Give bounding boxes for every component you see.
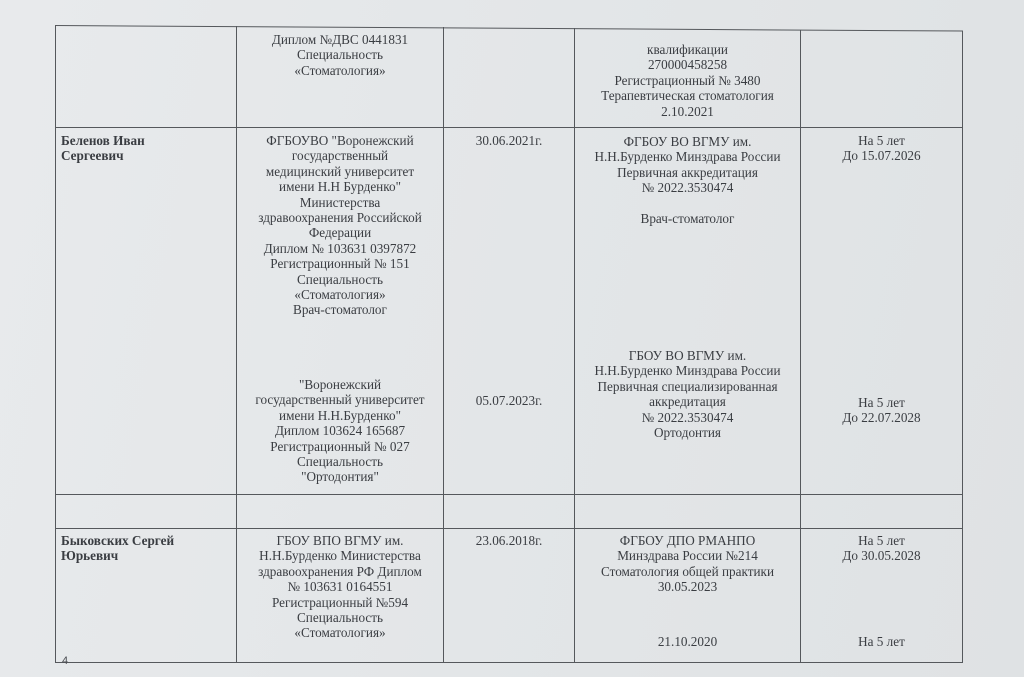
validity-cell: На 5 лет	[801, 634, 962, 649]
graduation-date: 05.07.2023г.	[444, 393, 574, 408]
certification-cell: 21.10.2020	[575, 634, 800, 649]
table-border	[55, 494, 963, 495]
table-border	[55, 528, 963, 529]
education-cell: ГБОУ ВПО ВГМУ им. Н.Н.Бурденко Министерс…	[237, 533, 443, 641]
education-cell: "Воронежский государственный университет…	[237, 377, 443, 485]
page-number: 4	[62, 655, 68, 667]
certification-cell: квалификации 270000458258 Регистрационны…	[575, 42, 800, 119]
validity-cell: На 5 лет До 15.07.2026	[801, 133, 962, 164]
graduation-date: 23.06.2018г.	[444, 533, 574, 548]
employee-name: Беленов Иван Сергеевич	[61, 133, 231, 164]
table-border	[55, 25, 963, 32]
certification-cell: ГБОУ ВО ВГМУ им. Н.Н.Бурденко Минздрава …	[575, 348, 800, 440]
validity-cell: На 5 лет До 22.07.2028	[801, 395, 962, 426]
table-border	[55, 127, 963, 128]
graduation-date: 30.06.2021г.	[444, 133, 574, 148]
table-border	[443, 27, 444, 662]
table-border	[55, 26, 56, 662]
validity-cell: На 5 лет До 30.05.2028	[801, 533, 962, 564]
table-border	[962, 31, 963, 662]
table-border	[55, 662, 963, 663]
certification-cell: ФГБОУ ДПО РМАНПО Минздрава России №214 С…	[575, 533, 800, 595]
education-cell: Диплом №ДВС 0441831 Специальность «Стома…	[237, 32, 443, 78]
table-border	[800, 30, 801, 662]
staff-table	[0, 0, 1024, 677]
document-page: Диплом №ДВС 0441831 Специальность «Стома…	[0, 0, 1024, 677]
employee-name: Быковских Сергей Юрьевич	[61, 533, 231, 564]
certification-cell: ФГБОУ ВО ВГМУ им. Н.Н.Бурденко Минздрава…	[575, 134, 800, 226]
education-cell: ФГБОУВО "Воронежский государственный мед…	[237, 133, 443, 318]
